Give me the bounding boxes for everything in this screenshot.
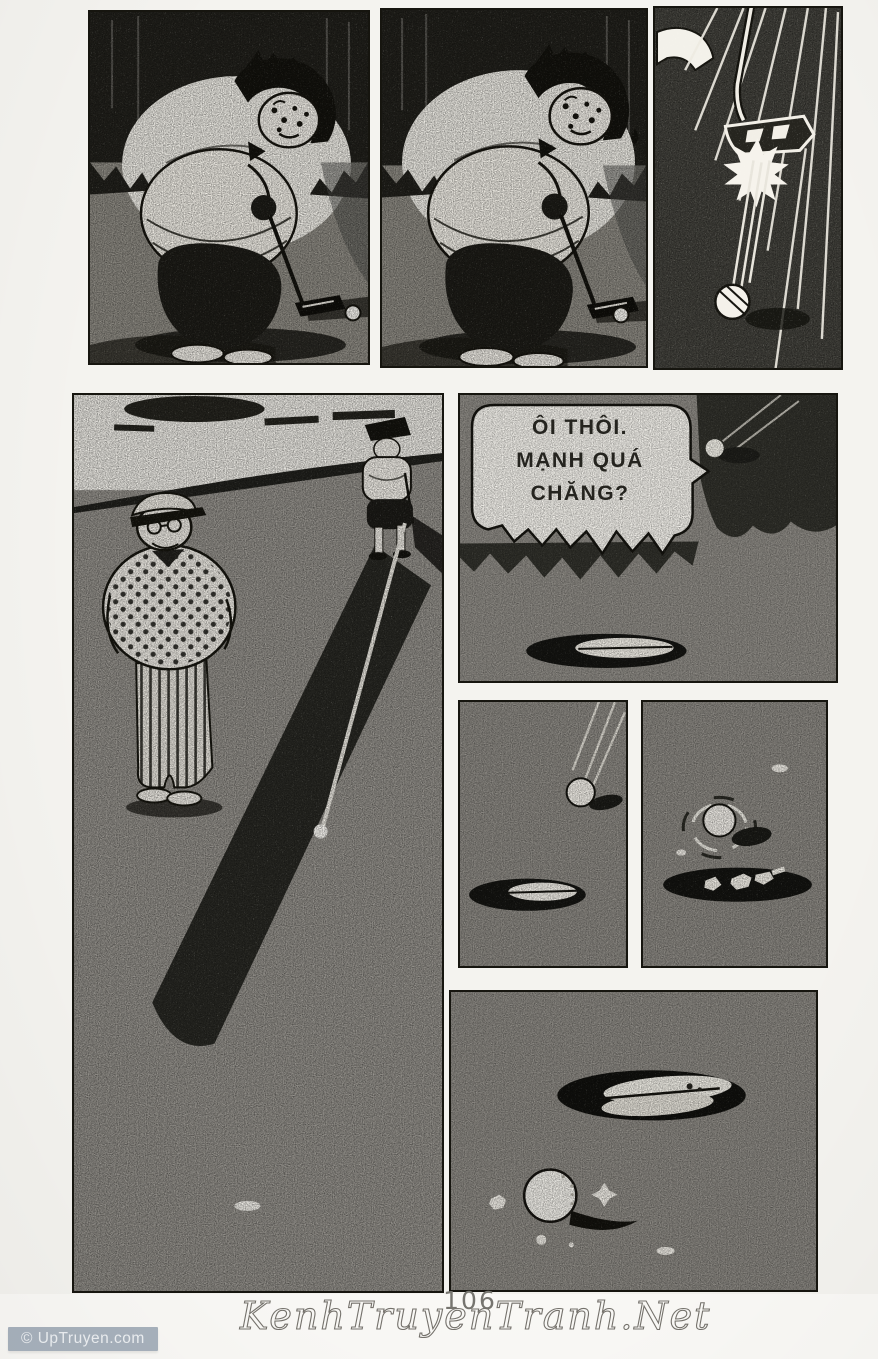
watermark-badge: © UpTruyen.com <box>8 1327 158 1351</box>
panel-club-impact <box>653 6 843 370</box>
speech-line: ÔI THÔI. <box>480 411 680 444</box>
panel-green-overview <box>72 393 444 1293</box>
watermark-script: KenhTruyenTranh.Net <box>240 1294 700 1338</box>
panel-putt-address <box>88 10 370 365</box>
speech-line: CHĂNG? <box>480 477 680 510</box>
panel-putt-stroke <box>380 8 648 368</box>
panel-ball-bounce <box>641 700 828 968</box>
panel-hole-closeup <box>449 990 818 1292</box>
panel-ball-rolling <box>458 700 628 968</box>
speech-bubble-text: ÔI THÔI. MẠNH QUÁ CHĂNG? <box>480 411 680 510</box>
speech-line: MẠNH QUÁ <box>480 444 680 477</box>
manga-page-scan: ÔI THÔI. MẠNH QUÁ CHĂNG? 106 KenhTruyenT… <box>0 0 878 1359</box>
